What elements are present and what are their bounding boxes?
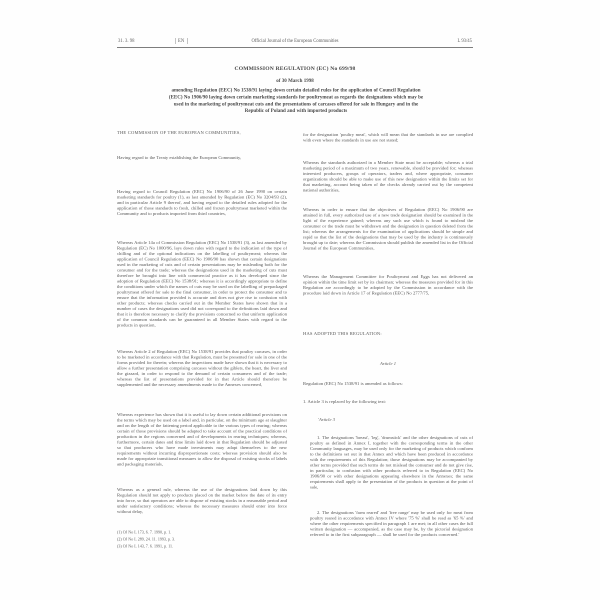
- recital-paragraph-5: Whereas as a general rule, whereas the u…: [117, 487, 287, 515]
- scanned-document-page: { "document": { "header": { "date": "31.…: [0, 0, 600, 600]
- header-rule: [117, 47, 473, 48]
- header-language-code: EN: [175, 38, 187, 44]
- journal-page: 31. 3. 98 Official Journal of the Europe…: [0, 0, 600, 600]
- header-journal-title: Official Journal of the European Communi…: [117, 38, 473, 44]
- recital-paragraph-4: Whereas experience has shown that it is …: [117, 412, 287, 467]
- header-page-reference: L 93/45: [457, 38, 472, 44]
- preamble-commission-line: THE COMMISSION OF THE EUROPEAN COMMUNITI…: [117, 130, 287, 136]
- recital-paragraph-7: Whereas in order to ensure that the obje…: [303, 207, 473, 251]
- footnote-1: (1) OJ No L 173, 6. 7. 1990, p. 1.: [117, 529, 287, 536]
- amendment-intro: Regulation (EEC) No 1538/91 is amended a…: [303, 381, 473, 387]
- amendment-point-1: 1. Article 3 is replaced by the followin…: [303, 399, 473, 405]
- enacting-formula: HAS ADOPTED THIS REGULATION:: [303, 331, 473, 337]
- preamble-treaty-line: Having regard to the Treaty establishing…: [117, 155, 287, 161]
- recital-paragraph-6: Whereas the standards authorized in a Me…: [303, 160, 473, 193]
- regulation-subject: amending Regulation (EEC) No 1538/91 lay…: [166, 87, 426, 115]
- recital-continuation: for the designation 'poultry meat', whic…: [303, 132, 473, 143]
- footnote-3: (3) OJ No L 143, 7. 6. 1991, p. 11.: [117, 543, 287, 550]
- journal-running-header: 31. 3. 98 Official Journal of the Europe…: [117, 37, 473, 45]
- quoted-article-heading: 'Article 3: [318, 417, 418, 423]
- article-1-heading: Article 1: [303, 361, 473, 367]
- regulation-heading: COMMISSION REGULATION (EC) No 699/98: [117, 66, 473, 72]
- quoted-paragraph-1: 1. The designations 'breast', 'leg', 'dr…: [310, 435, 473, 490]
- footnote-2: (2) OJ No L 289, 24. 11. 1993, p. 3.: [117, 536, 287, 543]
- footnotes: (1) OJ No L 173, 6. 7. 1990, p. 1. (2) O…: [117, 529, 287, 550]
- recital-paragraph-2: Whereas Article 14a of Commission Regula…: [117, 240, 287, 328]
- recital-paragraph-3: Whereas Article 2 of Regulation (EEC) No…: [117, 349, 287, 388]
- regulation-date-line: of 30 March 1998: [117, 78, 473, 84]
- recital-paragraph-1: Having regard to Council Regulation (EEC…: [117, 189, 287, 217]
- quoted-paragraph-2: 2. The designations 'farm reared' and 'f…: [310, 510, 473, 538]
- recital-paragraph-8: Whereas the Management Committee for Pou…: [303, 274, 473, 296]
